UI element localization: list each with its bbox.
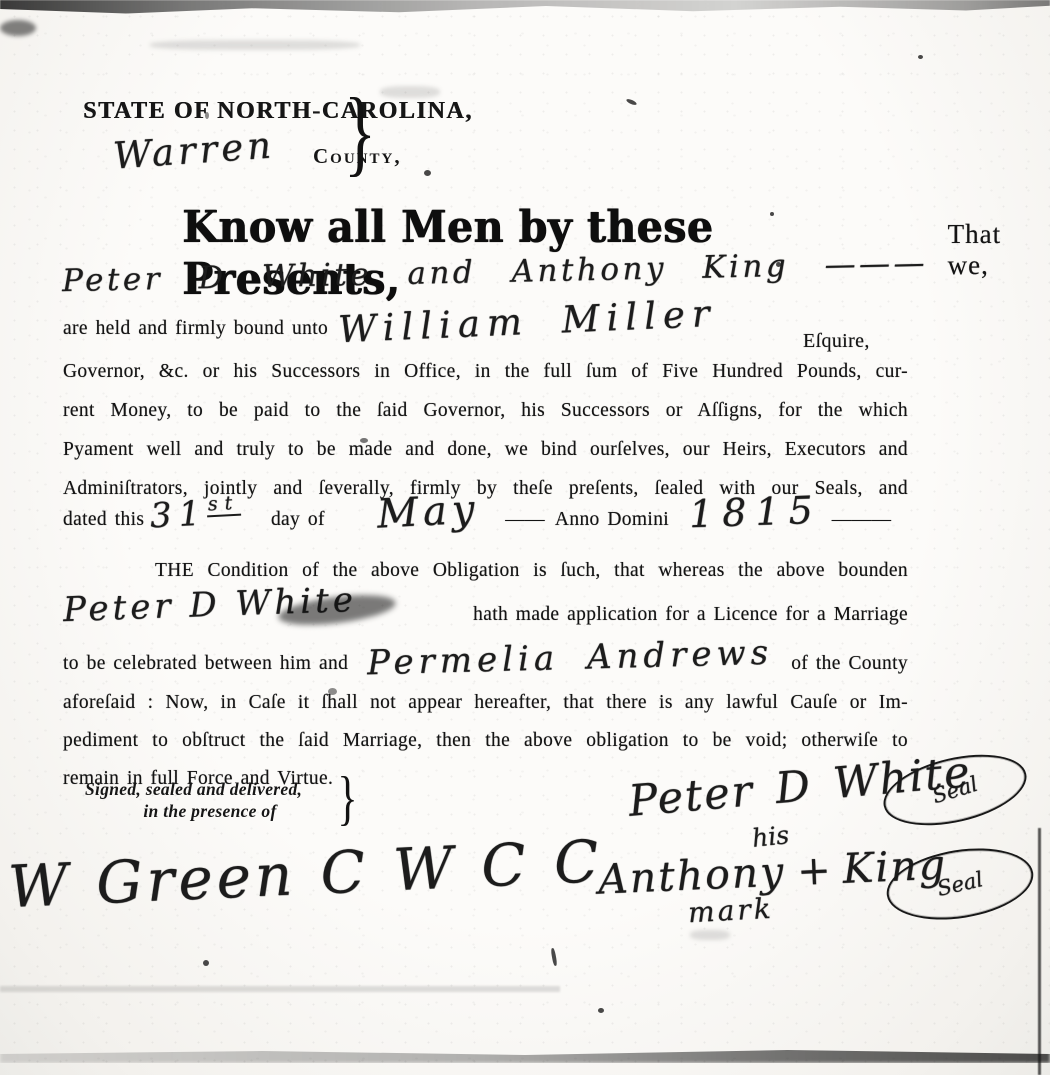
- obligee-handwritten: William Miller: [337, 292, 717, 351]
- attestation-line2: in the presence of: [85, 800, 335, 822]
- bound-unto-label: are held and firmly bound unto: [63, 318, 328, 340]
- condition-line: of the County: [791, 653, 908, 675]
- dash-before-anno: ——: [505, 509, 545, 531]
- bride-name-handwritten: Permelia Andrews: [366, 633, 773, 684]
- day-ordinal-suffix: st: [206, 492, 241, 518]
- obligation-line: Governor, &c. or his Successors in Offic…: [63, 352, 908, 391]
- obligation-line: rent Money, to be paid to the ſaid Gover…: [63, 391, 908, 430]
- ink-speck: [205, 112, 209, 119]
- attestation-block: Signed, sealed and delivered, in the pre…: [85, 778, 335, 822]
- document-header: STATE OF NORTH-CAROLINA, Warren County, …: [83, 98, 473, 172]
- attestation-line1: Signed, sealed and delivered,: [85, 778, 335, 800]
- condition-bride-line: to be celebrated between him and Permeli…: [63, 638, 908, 684]
- bound-unto-line: are held and firmly bound unto William M…: [63, 300, 717, 343]
- faint-fold-crease: [0, 986, 560, 992]
- torn-top-edge: [0, 0, 1050, 15]
- month-handwritten: May: [376, 486, 481, 537]
- document-page: STATE OF NORTH-CAROLINA, Warren County, …: [0, 0, 1050, 1075]
- ink-speck: [360, 438, 368, 443]
- signer1-seal-label: Seal: [929, 772, 980, 808]
- mark-cross: +: [796, 847, 831, 894]
- condition-line: hath made application for a Licence for …: [473, 604, 908, 626]
- esquire-label: Eſquire,: [803, 330, 870, 353]
- dash-after-year: ———: [832, 509, 892, 531]
- paper-stain: [380, 86, 440, 98]
- title-suffix: That we,: [948, 219, 1050, 281]
- obligation-paragraph: Governor, &c. or his Successors in Offic…: [63, 352, 908, 508]
- header-brace: }: [344, 84, 376, 180]
- day-handwritten: 31st: [149, 492, 242, 537]
- obligation-line: Pyament well and truly to be made and do…: [63, 430, 908, 469]
- ink-speck: [424, 170, 431, 176]
- county-name-handwritten: Warren: [112, 123, 277, 177]
- corner-smudge: [0, 20, 36, 36]
- bottom-fold-crease: [0, 1043, 1050, 1063]
- date-line: dated this 31st day of May —— Anno Domin…: [63, 489, 891, 535]
- ink-speck: [626, 98, 638, 106]
- paper-stain: [150, 40, 360, 50]
- year-handwritten: 1815: [688, 488, 822, 537]
- day-number: 31: [149, 493, 208, 536]
- day-of-label: day of: [271, 509, 325, 531]
- ink-speck: [550, 948, 557, 966]
- dated-this-label: dated this: [63, 509, 144, 531]
- ink-speck: [328, 688, 337, 695]
- signer2-seal-label: Seal: [935, 867, 985, 901]
- right-edge-line: [1038, 828, 1041, 1075]
- condition-line: to be celebrated between him and: [63, 653, 348, 675]
- condition-name-line: Peter D White hath made application for …: [63, 591, 908, 638]
- witness-signature: W Green C W C C: [7, 827, 604, 921]
- ink-speck: [770, 212, 774, 216]
- condition-paragraph: THE Condition of the above Obligation is…: [63, 551, 908, 798]
- state-line: STATE OF NORTH-CAROLINA,: [83, 98, 473, 125]
- ink-speck: [776, 262, 781, 267]
- condition-line: pediment to obſtruct the ſaid Marriage, …: [63, 722, 908, 760]
- ink-speck: [203, 960, 209, 966]
- ink-speck: [918, 55, 923, 59]
- anno-domini-label: Anno Domini: [555, 509, 669, 531]
- ink-speck: [598, 1008, 604, 1013]
- condition-line: aforeſaid : Now, in Caſe it ſhall not ap…: [63, 684, 908, 722]
- attestation-brace: }: [337, 768, 357, 828]
- mark-label: mark: [687, 892, 774, 929]
- paper-stain: [690, 930, 730, 940]
